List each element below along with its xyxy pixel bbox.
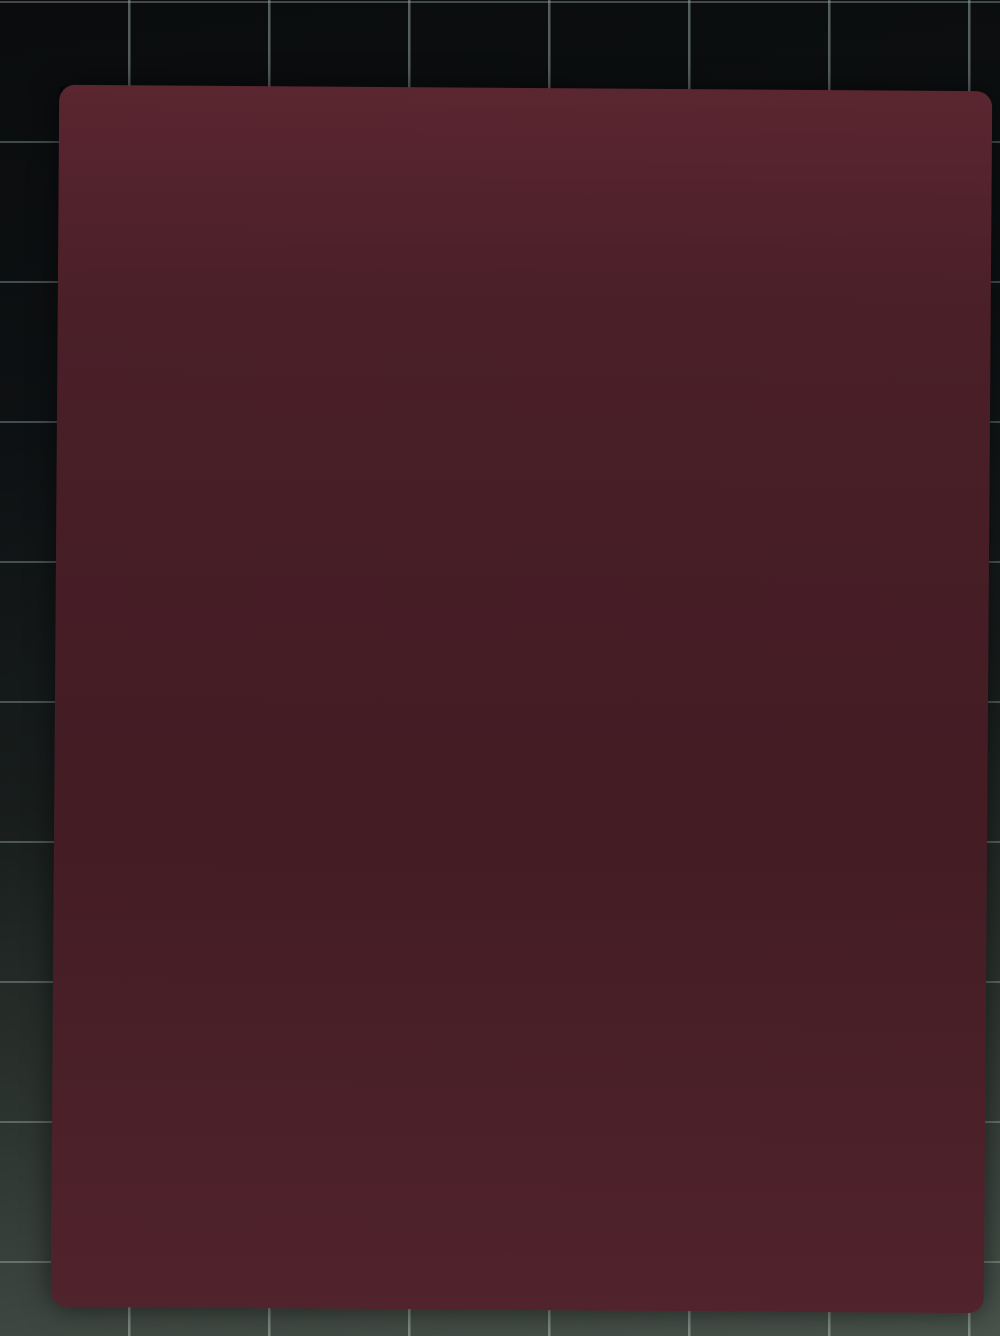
open-book: Ueber die Psalterillustration des Mittel… [51,85,993,1313]
page-block-edges [75,1243,971,1293]
book-photo-scene: Ueber die Psalterillustration des Mittel… [0,0,1000,1336]
book-cover [51,85,993,1313]
